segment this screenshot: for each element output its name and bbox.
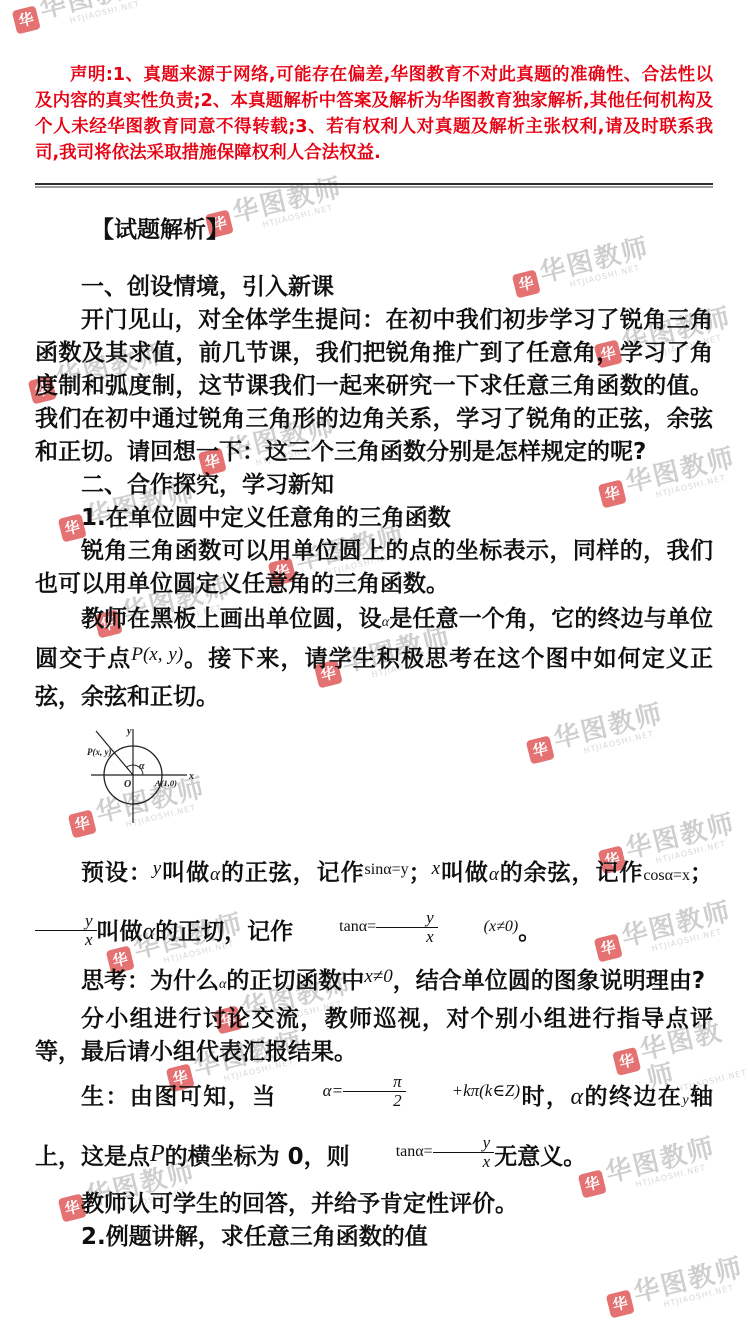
text-run: 预设： <box>81 860 153 886</box>
paragraph-intro: 开门见山，对全体学生提问：在初中我们初步学习了锐角三角函数及其求值，前几节课，我… <box>35 304 713 469</box>
alpha-symbol: α <box>210 864 220 885</box>
text-run: 叫做 <box>161 860 210 886</box>
alpha-label: α <box>139 761 145 772</box>
text-run: 生：由图可知，当 <box>81 1084 277 1110</box>
text-run: ； <box>690 860 713 886</box>
paragraph-unit-circle: 锐角三角函数可以用单位圆上的点的坐标表示，同样的，我们也可以用单位圆定义任意角的… <box>35 535 713 601</box>
cosine-formula: cosα=x <box>643 867 690 884</box>
alpha-symbol: α <box>570 1084 583 1110</box>
text-run: 教师在黑板上画出单位圆，设 <box>81 606 382 632</box>
section-2-heading: 二、合作探究，学习新知 <box>35 469 713 502</box>
point-p-formula: P(x, y) <box>131 644 183 665</box>
x-not-zero-formula: x≠0 <box>364 966 392 987</box>
subsection-2-heading: 2.例题讲解，求任意三角函数的值 <box>35 1221 713 1254</box>
text-run: 的横坐标为 0，则 <box>165 1144 350 1170</box>
point-p-label: P(x, y) <box>87 747 112 757</box>
text-run: 。 <box>518 919 541 945</box>
sine-formula: sinα=y <box>365 861 409 878</box>
point-a-label: A(1,0) <box>154 778 177 788</box>
text-run: 时， <box>520 1084 570 1110</box>
text-run: 叫做 <box>440 860 489 886</box>
var-x: x <box>432 858 440 879</box>
text-run: ； <box>409 860 432 886</box>
text-run: 的余弦，记作 <box>499 860 644 886</box>
paragraph-student-answer: 生：由图可知，当α=π2+kπ(k∈Z)时，α的终边在y轴上，这是点P的横坐标为… <box>35 1069 713 1188</box>
disclaimer-body: 1、真题来源于网络,可能存在偏差,华图教育不对此真题的准确性、合法性以及内容的真… <box>35 65 713 163</box>
unit-circle-diagram: y x O P(x, y) A(1,0) α <box>85 725 235 829</box>
tangent-formula: tanα=yx(x≠0) <box>293 899 518 955</box>
paragraph-teacher-draws: 教师在黑板上画出单位圆，设α是任意一个角，它的终边与单位圆交于点P(x, y)。… <box>35 601 713 715</box>
fraction-y-over-x: yx <box>376 909 438 946</box>
text-run: 思考：为什么 <box>81 968 219 994</box>
fraction-y-over-x: yx <box>433 1134 495 1171</box>
alpha-symbol: α <box>489 864 499 885</box>
text-run: 无意义。 <box>494 1144 586 1170</box>
section-1-heading: 一、创设情境，引入新课 <box>35 271 713 304</box>
x-axis-label: x <box>188 771 194 782</box>
alpha-pi-over-2-formula: α=π2+kπ(k∈Z) <box>277 1063 520 1119</box>
disclaimer-label: 声明: <box>70 65 113 85</box>
paragraph-think: 思考：为什么α的正切函数中x≠0，结合单位圆的图象说明理由? <box>35 963 713 1003</box>
paragraph-teacher-approval: 教师认可学生的回答，并给予肯定性评价。 <box>35 1188 713 1221</box>
text-run: 的正弦，记作 <box>220 860 365 886</box>
var-y: y <box>153 858 161 879</box>
text-run: 的正切函数中 <box>226 968 364 994</box>
analysis-body: 一、创设情境，引入新课 开门见山，对全体学生提问：在初中我们初步学习了锐角三角函… <box>35 271 713 1254</box>
text-run: 的终边在 <box>583 1084 682 1110</box>
text-run: ，结合单位圆的图象说明理由? <box>393 968 705 994</box>
document-content: 声明:1、真题来源于网络,可能存在偏差,华图教育不对此真题的准确性、合法性以及内… <box>0 0 748 1335</box>
origin-label: O <box>124 779 131 790</box>
subsection-1-heading: 1.在单位圆中定义任意角的三角函数 <box>35 502 713 535</box>
fraction-pi-over-2: π2 <box>343 1073 406 1110</box>
text-run: 的正切，记作 <box>155 919 293 945</box>
page-title: 【试题解析】 <box>35 215 713 245</box>
document-page: 华华图教师HTJIAOSHI.NET华华图教师HTJIAOSHI.NET华华图教… <box>0 0 748 1335</box>
disclaimer-text: 声明:1、真题来源于网络,可能存在偏差,华图教育不对此真题的准确性、合法性以及内… <box>35 62 713 166</box>
horizontal-rule <box>35 183 713 185</box>
fraction-y-over-x: yx <box>35 912 97 949</box>
text-run: 叫做 <box>97 919 143 945</box>
alpha-symbol: α <box>143 919 156 945</box>
paragraph-preset: 预设：y叫做α的正弦，记作sinα=y；x叫做α的余弦，记作cosα=x；yx叫… <box>35 845 713 963</box>
y-axis-label: y <box>126 726 132 737</box>
tangent-formula: tanα=yx <box>350 1124 495 1180</box>
var-p: P <box>150 1141 165 1167</box>
paragraph-group-discussion: 分小组进行讨论交流，教师巡视，对个别小组进行指导点评等，最后请小组代表汇报结果。 <box>35 1003 713 1069</box>
